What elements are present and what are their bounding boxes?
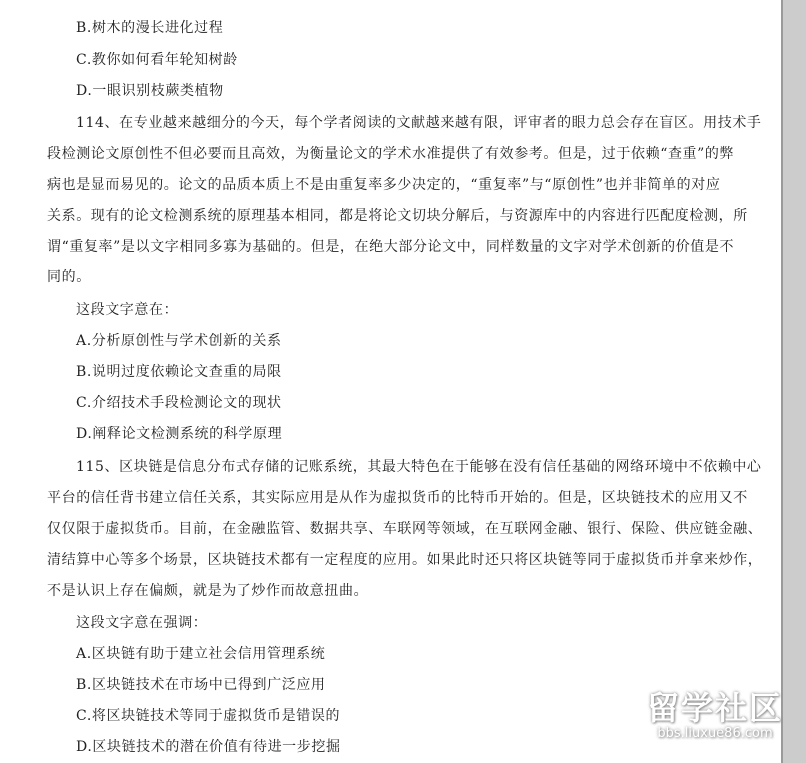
prev-option-d: D.一眼识别枝蕨类植物: [76, 82, 224, 100]
prev-option-b: B.树木的漫长进化过程: [76, 19, 223, 37]
q115-line-1: 115、区块链是信息分布式存储的记账系统，其最大特色在于能够在没有信任基础的网络…: [76, 458, 762, 476]
q115-prompt: 这段文字意在强调：: [76, 614, 207, 632]
q114-line-3: 病也是显而易见的。论文的品质本质上不是由重复率多少决定的，“重复率”与“原创性”…: [47, 176, 720, 194]
q114-option-c: C.介绍技术手段检测论文的现状: [76, 394, 282, 412]
q114-line-6: 同的。: [47, 268, 91, 286]
watermark-url: bbs.liuxue86.com: [640, 726, 790, 742]
q114-option-d: D.阐释论文检测系统的科学原理: [76, 425, 282, 443]
q115-option-a: A.区块链有助于建立社会信用管理系统: [76, 645, 325, 663]
viewer-background-gutter: [781, 0, 806, 763]
q115-line-2: 平台的信任背书建立信任关系，其实际应用是从作为虚拟货币的比特币开始的。但是，区块…: [47, 489, 748, 507]
q115-line-5: 不是认识上存在偏颇，就是为了炒作而故意扭曲。: [47, 582, 368, 600]
q115-option-b: B.区块链技术在市场中已得到广泛应用: [76, 676, 326, 694]
watermark-logo-text: 留学社区: [640, 690, 790, 726]
q115-option-c: C.将区块链技术等同于虚拟货币是错误的: [76, 707, 340, 725]
q115-line-4: 清结算中心等多个场景，区块链技术都有一定程度的应用。如果此时还只将区块链等同于虚…: [47, 551, 762, 569]
q114-option-a: A.分析原创性与学术创新的关系: [76, 332, 282, 350]
q114-option-b: B.说明过度依赖论文查重的局限: [76, 363, 282, 381]
watermark: 留学社区 bbs.liuxue86.com: [640, 690, 790, 760]
prev-option-c: C.教你如何看年轮知树龄: [76, 51, 238, 69]
q115-option-d: D.区块链技术的潜在价值有待进一步挖掘: [76, 738, 341, 756]
q114-line-5: 谓“重复率”是以文字相同多寡为基础的。但是，在绝大部分论文中，同样数量的文字对学…: [47, 238, 734, 256]
q114-line-2: 段检测论文原创性不但必要而且高效，为衡量论文的学术水准提供了有效参考。但是，过于…: [47, 145, 734, 163]
document-page: B.树木的漫长进化过程 C.教你如何看年轮知树龄 D.一眼识别枝蕨类植物 114…: [0, 0, 781, 763]
q114-prompt: 这段文字意在：: [76, 301, 178, 319]
q114-line-4: 关系。现有的论文检测系统的原理基本相同，都是将论文切块分解后，与资源库中的内容进…: [47, 207, 748, 225]
q114-line-1: 114、在专业越来越细分的今天，每个学者阅读的文献越来越有限，评审者的眼力总会存…: [76, 114, 762, 132]
q115-line-3: 仅仅限于虚拟货币。目前，在金融监管、数据共享、车联网等领域，在互联网金融、银行、…: [47, 520, 762, 538]
